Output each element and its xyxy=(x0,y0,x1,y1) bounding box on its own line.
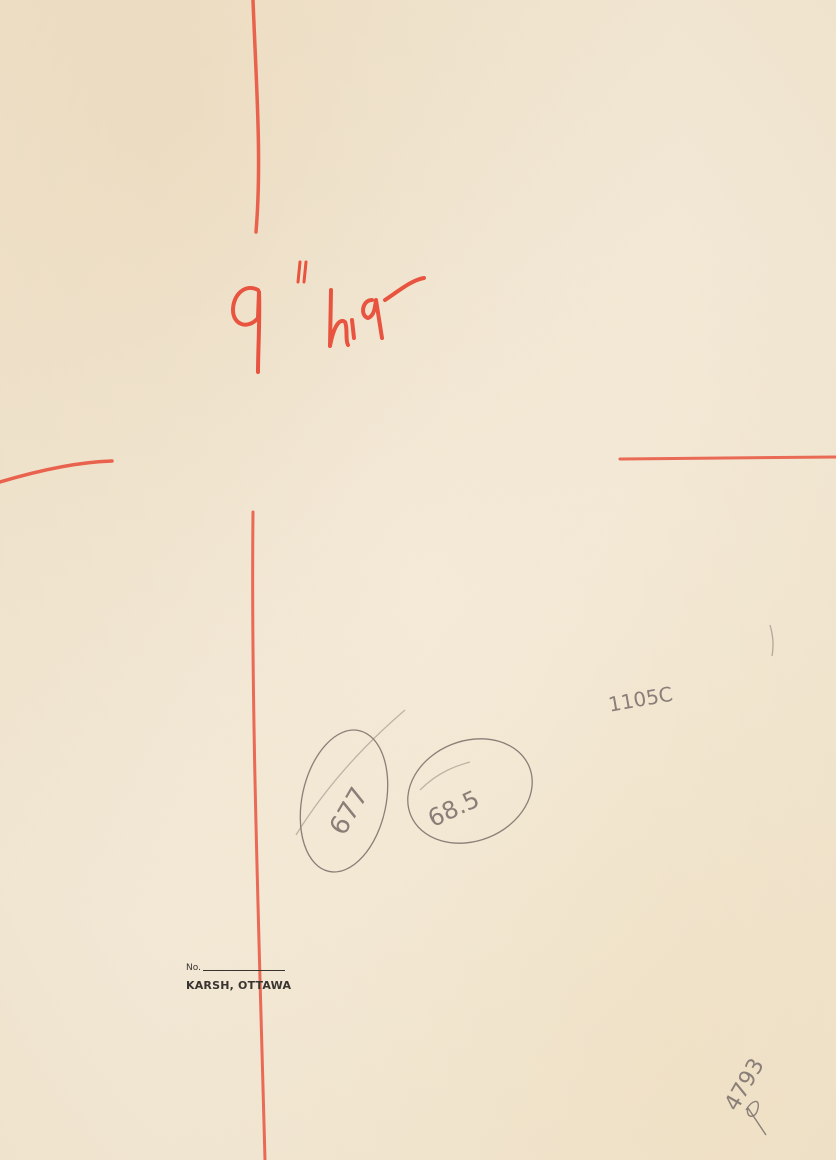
crop-line-left-horizontal xyxy=(0,461,112,482)
pencil-note-685: 68.5 xyxy=(424,785,484,833)
studio-stamp: No. KARSH, OTTAWA xyxy=(186,963,291,992)
crop-line-right-horizontal xyxy=(620,457,836,459)
stamp-no-line xyxy=(203,970,285,971)
crop-marks: 677 68.5 1105C 4793 xyxy=(0,0,836,1160)
pencil-numbers: 677 68.5 1105C 4793 xyxy=(324,682,770,1116)
pencil-note-677: 677 xyxy=(324,782,375,840)
pencil-note-4793: 4793 xyxy=(720,1054,770,1115)
pencil-circles xyxy=(288,625,773,880)
pencil-note-1105c: 1105C xyxy=(606,682,674,717)
red-height-annotation xyxy=(233,262,424,372)
stamp-no-label: No. xyxy=(186,963,201,973)
crop-line-top-vertical xyxy=(253,0,259,232)
stamp-number-field: No. xyxy=(186,963,291,973)
crop-line-bottom-vertical xyxy=(253,512,265,1160)
photo-verso: 677 68.5 1105C 4793 No. KARSH, OTTAWA xyxy=(0,0,836,1160)
stamp-studio-name: KARSH, OTTAWA xyxy=(186,979,291,992)
